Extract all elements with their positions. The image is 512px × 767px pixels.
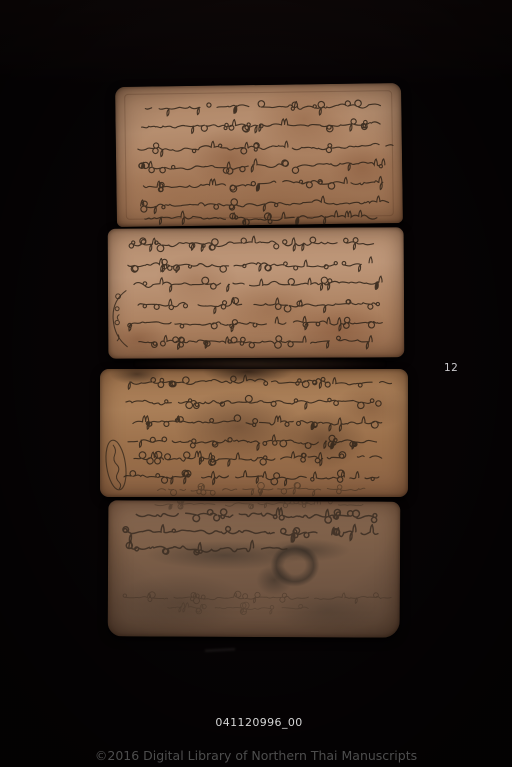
floor-reflection-mark: [205, 648, 235, 652]
marginal-note: [113, 291, 127, 347]
script-line: [134, 276, 382, 292]
script-line: [123, 591, 391, 605]
marginal-note: [103, 439, 129, 491]
handwriting-folio-2: [108, 227, 405, 359]
script-line: [145, 99, 380, 117]
handwriting-folio-3: [100, 369, 408, 497]
folio-4: [108, 500, 401, 638]
copyright-watermark: ©2016 Digital Library of Northern Thai M…: [95, 748, 417, 763]
script-line: [155, 500, 363, 510]
script-line: [123, 523, 378, 543]
catalog-number-label: 041120996_00: [215, 716, 302, 729]
script-line: [134, 451, 382, 466]
handwriting-folio-1: [115, 83, 403, 227]
script-line: [139, 334, 372, 350]
script-line: [138, 297, 383, 314]
script-line: [143, 176, 383, 193]
script-line: [133, 415, 382, 431]
script-line: [126, 395, 388, 409]
page-number-label: 12: [444, 362, 458, 374]
folio-3: [100, 369, 408, 497]
script-line: [128, 257, 381, 273]
script-line: [138, 139, 393, 157]
fold-crease-smudge: [135, 357, 385, 371]
folio-2: [108, 227, 405, 359]
script-line: [145, 208, 377, 227]
script-line: [128, 375, 391, 389]
script-line: [126, 540, 287, 555]
script-line: [128, 435, 377, 450]
photo-frame: 12 041120996_00 ©2016 Digital Library of…: [0, 0, 512, 767]
script-line: [141, 195, 389, 213]
script-line: [124, 470, 379, 485]
script-line: [139, 157, 385, 176]
script-line: [168, 602, 308, 615]
script-line: [128, 316, 383, 332]
handwriting-folio-4: [108, 500, 401, 638]
script-line: [142, 118, 381, 135]
folio-1: [115, 83, 403, 227]
script-line: [129, 236, 373, 252]
script-line: [158, 482, 365, 495]
script-line: [136, 507, 377, 523]
